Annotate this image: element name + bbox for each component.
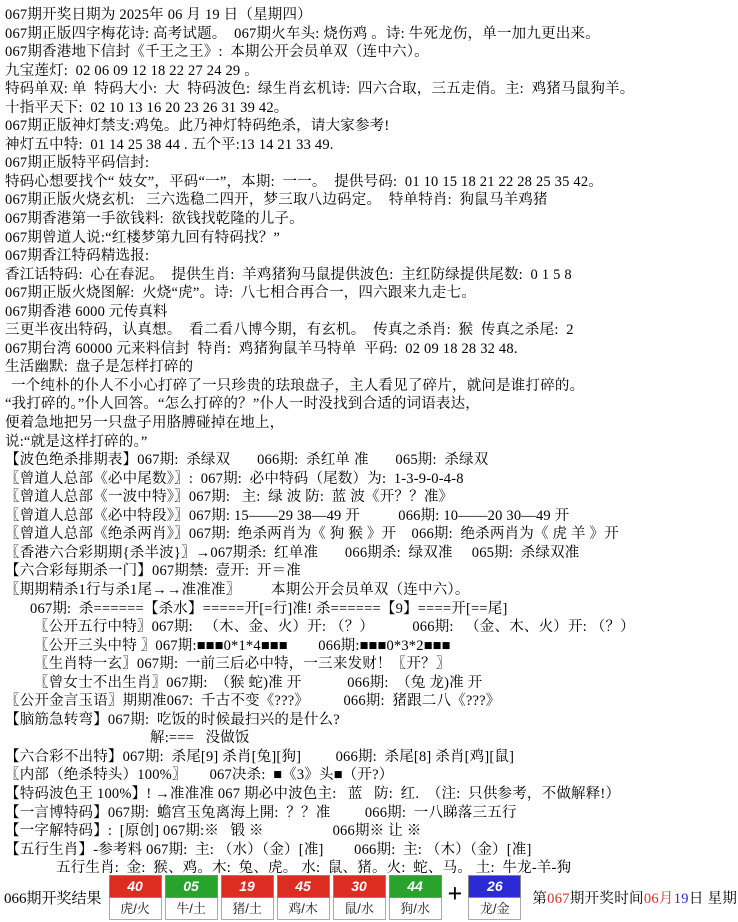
line-golden-words: 〖公开金言玉语〗期期准067: 千古不变《???》 066期: 猪跟二八《???… <box>0 692 738 711</box>
line-one-phrase-special: 【一言博特码】067期: 蟾宫玉兔离海上開: ？？准 066期: 一八睇落三五行 <box>0 804 738 823</box>
line-special-flat-envelope: 067期正版特平码信封: <box>0 154 738 173</box>
special-ball-group: 26 龙/金 <box>468 875 524 920</box>
result-ball-4: 45 鸡/木 <box>277 875 330 920</box>
line-brain-teaser: 【脑筋急转弯】067期: 吃饭的时候最扫兴的是什么? <box>0 711 738 730</box>
line-fax-tip: 三更半夜出特码，认真想。 看二看八博今期，有玄机。 传真之杀肖: 猴 传真之杀尾… <box>0 321 738 340</box>
next-draw-segment: 第 <box>532 891 547 907</box>
line-one-wave-special: 〖曾道人总部《一波中特》〗067期: 主: 绿 波 防: 蓝 波《开？？准》 <box>0 488 738 507</box>
lottery-tips-page: 067期开奖日期为 2025年 06 月 19 日（星期四） 067期正版四字梅… <box>0 0 738 922</box>
line-humor-title: 生活幽默: 盘子是怎样打碎的 <box>0 358 738 377</box>
line-five-elements-special: 〖公开五行中特〗067期: （木、金、火）开: （？） 066期: （金、木、火… <box>0 618 738 637</box>
line-nine-lotus: 九宝莲灯: 02 06 09 12 18 22 27 24 29 。 <box>0 62 738 81</box>
line-ten-fingers: 十指平天下: 02 10 13 16 20 23 26 31 39 42。 <box>0 99 738 118</box>
next-draw-segment: 日 星期 <box>689 891 737 907</box>
line-must-hit-tails: 〖曾道人总部《必中尾数》〗: 067期: 必中特码（尾数）为: 1-3-9-0-… <box>0 470 738 489</box>
ball-zodiac-element: 猪/土 <box>221 898 274 920</box>
line-zengdaoren-says: 067期曾道人说:“红楼梦第九回有特码找？” <box>0 229 738 248</box>
result-ball-6: 44 狗/水 <box>389 875 442 920</box>
line-lamp-five: 神灯五中特: 01 14 25 38 44 . 五个平:13 14 21 33 … <box>0 136 738 155</box>
line-hk-6000: 067期香港 6000 元传真料 <box>0 303 738 322</box>
ball-number: 40 <box>109 875 162 898</box>
ball-zodiac-element: 虎/火 <box>109 898 162 920</box>
result-ball-2: 05 牛/土 <box>165 875 218 920</box>
next-draw-segment: 067 <box>547 891 570 907</box>
draw-results-bar: 066期开奖结果 40 虎/火 05 牛/土 19 猪/土 45 鸡/木 30 … <box>0 873 738 922</box>
line-must-hit-segment: 〖曾道人总部《必中特段》〗067期: 15——29 38—49 开 066期: … <box>0 507 738 526</box>
result-ball-special: 26 龙/金 <box>468 875 521 920</box>
ball-number: 05 <box>165 875 218 898</box>
line-kill-water: 067期: 杀======【杀水】=====开[=行]准! 杀======【9】… <box>0 600 738 619</box>
line-plum-poem: 067期正版四字梅花诗: 高考试题。 067期火车头: 烧伤鸡 。诗: 牛死龙伤… <box>0 25 738 44</box>
line-not-out-special: 【六合彩不出特】067期: 杀尾[9] 杀肖[兔][狗] 066期: 杀尾[8]… <box>0 748 738 767</box>
result-ball-3: 19 猪/土 <box>221 875 274 920</box>
ball-zodiac-element: 牛/土 <box>165 898 218 920</box>
result-label: 066期开奖结果 <box>0 887 102 908</box>
line-five-element-zodiac-ref: 【五行生肖】-参考料 067期: 主: （水）（金）[准] 066期: 主: （… <box>0 841 738 860</box>
result-balls: 40 虎/火 05 牛/土 19 猪/土 45 鸡/木 30 鼠/水 44 狗/… <box>109 875 445 920</box>
ball-number: 44 <box>389 875 442 898</box>
line-wave-kill-table: 【波色绝杀排期表】067期: 杀绿双 066期: 杀红单 准 065期: 杀绿双 <box>0 451 738 470</box>
ball-number: 45 <box>277 875 330 898</box>
line-wave-color-king: 【特码波色王 100%】! →准准准 067 期必中波色主: 蓝 防: 红. （… <box>0 785 738 804</box>
next-draw-segment: 期开奖时间 <box>570 891 644 907</box>
line-kill-half-wave: 〖香港六合彩期期{杀半波}〗→067期杀: 红单准 066期杀: 绿双准 065… <box>0 544 738 563</box>
line-humor-body-1: 一个纯朴的仆人不小心打碎了一只珍贵的珐琅盘子，主人看见了碎片，就问是谁打碎的。 <box>0 377 738 396</box>
ball-number: 19 <box>221 875 274 898</box>
line-fire-mystery: 067期正版火烧玄机: 三六选稳二四开，梦三取八边码定。 特单特肖: 狗鼠马羊鸡… <box>0 191 738 210</box>
line-draw-date: 067期开奖日期为 2025年 06 月 19 日（星期四） <box>0 6 738 25</box>
line-fire-diagram: 067期正版火烧图解: 火烧“虎”。诗: 八七相合再合一，四六跟来九走七。 <box>0 284 738 303</box>
line-kill-one-gate: 【六合彩每期杀一门】067期禁: 壹开: 开＝准 <box>0 562 738 581</box>
line-kill-two-zodiac: 〖曾道人总部《绝杀两肖》〗067期: 绝杀两肖为《 狗 猴 》开 066期: 绝… <box>0 525 738 544</box>
result-ball-5: 30 鼠/水 <box>333 875 386 920</box>
result-ball-1: 40 虎/火 <box>109 875 162 920</box>
line-internal-kill-head: 〖内部（绝杀特头）100%〗 067决杀: ■《3》头■（开?） <box>0 766 738 785</box>
line-humor-body-3: 便着急地把另一只盘子用胳膊碰掉在地上， <box>0 414 738 433</box>
line-humor-body-2: “我打碎的。”仆人回答。“怎么打碎的？”仆人一时没找到合适的词语表达， <box>0 395 738 414</box>
line-xiangjiang-report: 067期香江特码精选报: <box>0 247 738 266</box>
ball-zodiac-element: 鼠/水 <box>333 898 386 920</box>
line-special-odd-even: 特码单双: 单 特码大小: 大 特码波色: 绿生肖玄机诗: 四六合取，三五走俏。… <box>0 80 738 99</box>
line-taiwan-60000: 067期台湾 60000 元来料信封 特肖: 鸡猪狗鼠羊马特单 平码: 02 0… <box>0 340 738 359</box>
line-madam-zeng-exclude: 〖曾女士不出生肖〗067期: （猴 蛇)准 开 066期: （兔 龙)准 开 <box>0 674 738 693</box>
next-draw-segment: 19 <box>674 891 689 907</box>
line-one-char-solve: 【一字解特码】: [原创] 067期:※ 锻 ※ 066期※ 让 ※ <box>0 822 738 841</box>
ball-zodiac-element: 龙/金 <box>468 898 521 920</box>
line-three-heads-special: 〖公开三头中特 〗067期:■■■0*1*4■■■ 066期:■■■0*3*2■… <box>0 637 738 656</box>
line-special-numbers: 特码心想要找个“ 妓女”，平码“一”，本期: 一一。 提供号码: 01 10 1… <box>0 173 738 192</box>
line-kill-row-tail: 〖期期精杀1行与杀1尾→→准准准〗 本期公开会员单双（连中六）。 <box>0 581 738 600</box>
line-humor-body-4: 说:“就是这样打碎的。” <box>0 433 738 452</box>
ball-number: 30 <box>333 875 386 898</box>
line-hk-envelope: 067期香港地下信封《千王之王》: 本期公开会员单双（连中六）。 <box>0 43 738 62</box>
line-zodiac-mystery: 〖生肖特一玄〗067期: 一前三后必中特，一三来发财！〖开？〗 <box>0 655 738 674</box>
tips-text-block: 067期开奖日期为 2025年 06 月 19 日（星期四） 067期正版四字梅… <box>0 0 738 878</box>
next-draw-segment: 06月 <box>644 891 674 907</box>
line-lamp-ban: 067期正版神灯禁支:鸡兔。此乃神灯特码绝杀，请大家参考! <box>0 117 738 136</box>
ball-number: 26 <box>468 875 521 898</box>
line-brain-teaser-answer: 解:=== 没做饭 <box>0 729 738 748</box>
line-xiangjiang-detail: 香江话特码: 心在春泥。 提供生肖: 羊鸡猪狗马鼠提供波色: 主红防绿提供尾数:… <box>0 266 738 285</box>
plus-sign: + <box>448 874 463 914</box>
line-money-clue: 067期香港第一手欲钱料: 欲钱找乾隆的儿子。 <box>0 210 738 229</box>
ball-zodiac-element: 狗/水 <box>389 898 442 920</box>
ball-zodiac-element: 鸡/木 <box>277 898 330 920</box>
next-draw-info: 第067期开奖时间06月19日 星期四21:30 <box>532 887 738 908</box>
